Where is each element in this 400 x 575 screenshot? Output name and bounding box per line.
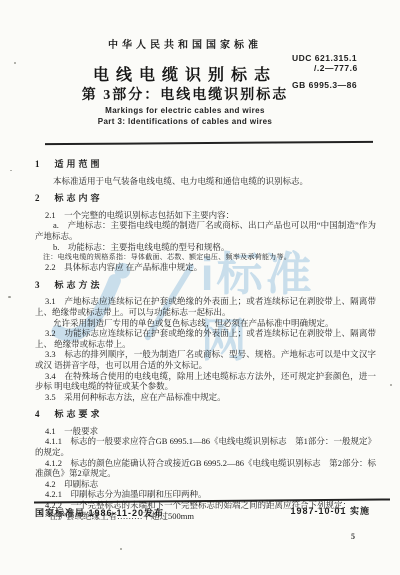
paragraph: 3.4 在特殊场合使用的电线电缆，除用上述电缆标志方法外，还可规定护套颜色，进一… (35, 371, 376, 392)
scan-speck (8, 296, 11, 298)
document-title: 电线电缆识别标志 (0, 62, 370, 85)
paragraph: 允许采用制造厂专用的单色或复色标志线，但必须在产品标准中明确规定。 (35, 318, 376, 329)
page-number: 5 (351, 532, 355, 541)
paragraph: 1 适用范围 (35, 159, 376, 170)
paragraph: 4.1.1 标志的一般要求应符合GB 6995.1—86《电线电缆识别标志 第1… (35, 436, 376, 457)
paragraph: 2.1 一个完整的电缆识别标志包括如下主要内容： (35, 210, 376, 221)
english-title-line1: Markings for electric cables and wires (0, 106, 370, 115)
paragraph: 4 标志要求 (35, 409, 376, 420)
paragraph: 4.2.1 印刷标志分为油墨印刷和压印两种。 (35, 489, 376, 500)
paragraph: 3.1 产地标志应连续标记在护套或绝缘的外表面上；或者连续标记在剥胶带上、隔离带… (35, 296, 376, 317)
paragraph: b. 功能标志：主要指电线电缆的型号和规格。 (35, 242, 376, 253)
paragraph: 3.3 标志的排列顺序，一般为制造厂名或商标、型号、规格。产地标志可以是中文汉字… (35, 349, 376, 370)
national-standard-label: 中华人民共和国国家标准 (0, 36, 370, 51)
paragraph: 4.1 一般要求 (35, 426, 376, 437)
document-body: 1 适用范围本标准适用于电气装备电线电缆、电力电缆和通信电缆的识别标志。2 标志… (35, 152, 376, 521)
document-subtitle: 第 3部分：电线电缆识别标志 (0, 84, 370, 104)
paragraph: 3.2 功能标志应连续标记在护套或绝缘的外表面上；或者连续标记在剥胶带上、隔离带… (35, 328, 376, 349)
paragraph: 2 标志内容 (35, 193, 376, 204)
scan-speck (390, 384, 392, 386)
header-divider-rule (45, 141, 373, 145)
paragraph: 在护套或绝缘上者………不超过500mm (35, 511, 376, 522)
paragraph: 4.2 印刷标志 (35, 479, 376, 490)
english-title-line2: Part 3: Identifications of cables and wi… (0, 117, 370, 126)
scan-speck (10, 170, 12, 171)
paragraph: 本标准适用于电气装备电线电缆、电力电缆和通信电缆的识别标志。 (35, 176, 376, 187)
paragraph: 3.5 采用何种标志方法，应在产品标准中规定。 (35, 392, 376, 403)
paragraph: 3 标志方法 (35, 280, 376, 291)
scan-speck (14, 62, 16, 64)
scan-speck (120, 548, 122, 550)
paragraph: a. 产地标志：主要指电线电缆的制造厂名或商标、出口产品也可以用“中国制造”作为… (35, 220, 376, 241)
scanned-standard-page: 中华人民共和国国家标准 UDC 621.315.1 /.2—777.6 GB 6… (0, 0, 400, 575)
paragraph: 注：电线电缆的规格系指：导体截面、芯数、额定电压、频率及承荷能力等。 (35, 252, 376, 262)
paragraph: 4.1.2 标志的颜色应能确认符合或接近GB 6995.2—86《电线电缆识别标… (35, 458, 376, 479)
paragraph: 2.2 具体标志内容应 在产品标准中规定。 (35, 262, 376, 273)
paragraph: 4.2.2 一个完整标志的末端和下一个完整标志的始端之间的距离应符合下列规定： (35, 500, 376, 511)
